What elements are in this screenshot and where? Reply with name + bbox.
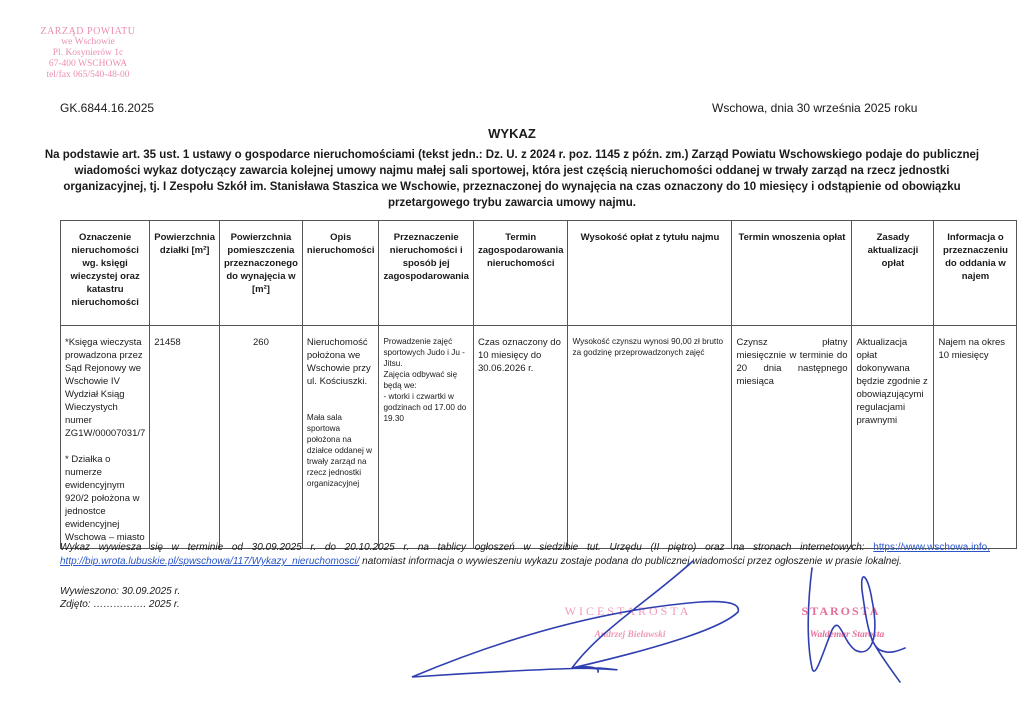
cell-plot-area: 21458 [150, 326, 220, 549]
wschowa-link[interactable]: https://www.wschowa.info, [873, 542, 990, 553]
column-header: Oznaczenie nieruchomości wg. księgi wiec… [61, 221, 150, 326]
document-title: WYKAZ [0, 126, 1024, 141]
property-table: Oznaczenie nieruchomości wg. księgi wiec… [60, 220, 1017, 549]
stamp-line: tel/fax 065/540-48-00 [28, 70, 148, 81]
purpose-schedule-intro: Zajęcia odbywać się będą we: [383, 369, 469, 391]
cell-payment-term: Czynsz płatny miesięcznie w terminie do … [732, 326, 852, 549]
stamp-line: ZARZĄD POWIATU [28, 26, 148, 37]
starosta-stamp-title: STAROSTA [786, 604, 896, 619]
cell-designation: *Księga wieczysta prowadzona przez Sąd R… [61, 326, 150, 549]
plot-text: * Działka o numerze ewidencyjnym 920/2 p… [65, 453, 145, 544]
starosta-signature [808, 568, 905, 682]
cell-lease-info: Najem na okres 10 miesięcy [934, 326, 1017, 549]
office-stamp: ZARZĄD POWIATU we Wschowie Pl. Kosynieró… [28, 26, 148, 81]
posted-date: Wywieszono: 30.09.2025 r. [60, 585, 180, 598]
cell-purpose: Prowadzenie zajęć sportowych Judo i Ju -… [379, 326, 474, 549]
cell-description: Nieruchomość położona we Wschowie przy u… [302, 326, 379, 549]
column-header: Termin wnoszenia opłat [732, 221, 852, 326]
fee-text: Wysokość czynszu wynosi 90,00 zł brutto … [572, 336, 727, 358]
description-room: Mała sala sportowa położona na działce o… [307, 412, 375, 489]
column-header: Zasady aktualizacji opłat [852, 221, 934, 326]
land-register-text: *Księga wieczysta prowadzona przez Sąd R… [65, 336, 145, 440]
column-header: Informacja o przeznaczeniu do oddania w … [934, 221, 1017, 326]
vice-starosta-stamp-title: WICESTAROSTA [538, 604, 718, 619]
stamp-line: 67-400 WSCHOWA [28, 59, 148, 70]
intro-paragraph: Na podstawie art. 35 ust. 1 ustawy o gos… [40, 147, 984, 211]
notice-text: Wykaz wywiesza się w terminie od 30.09.2… [60, 542, 873, 553]
cell-term: Czas oznaczony do 10 miesięcy do 30.06.2… [473, 326, 568, 549]
column-header: Opis nieruchomości [302, 221, 379, 326]
stamp-line: we Wschowie [28, 37, 148, 48]
posting-dates: Wywieszono: 30.09.2025 r. Zdjęto: …………….… [60, 585, 180, 611]
posting-notice: Wykaz wywiesza się w terminie od 30.09.2… [60, 541, 990, 569]
description-location: Nieruchomość położona we Wschowie przy u… [307, 336, 375, 388]
column-header: Powierzchnia pomieszczenia przeznaczoneg… [219, 221, 302, 326]
column-header: Przeznaczenie nieruchomości i sposób jej… [379, 221, 474, 326]
removed-date: Zdjęto: ……………. 2025 r. [60, 598, 180, 611]
column-header: Powierzchnia działki [m²] [150, 221, 220, 326]
place-date: Wschowa, dnia 30 września 2025 roku [712, 101, 917, 115]
cell-update-rules: Aktualizacja opłat dokonywana będzie zgo… [852, 326, 934, 549]
vice-starosta-stamp-name: Andrzej Bielawski [550, 630, 710, 640]
starosta-stamp-name: Waldemar Starosta [782, 630, 912, 640]
cell-fee: Wysokość czynszu wynosi 90,00 zł brutto … [568, 326, 732, 549]
cell-room-area: 260 [219, 326, 302, 549]
vice-starosta-signature [412, 561, 738, 677]
purpose-activity: Prowadzenie zajęć sportowych Judo i Ju -… [383, 336, 469, 369]
table-header-row: Oznaczenie nieruchomości wg. księgi wiec… [61, 221, 1017, 326]
notice-text-cont: natomiast informacja o wywieszeniu wykaz… [359, 556, 902, 567]
column-header: Wysokość opłat z tytułu najmu [568, 221, 732, 326]
column-header: Termin zagospodarowania nieruchomości [473, 221, 568, 326]
table-row: *Księga wieczysta prowadzona przez Sąd R… [61, 326, 1017, 549]
reference-number: GK.6844.16.2025 [60, 101, 154, 115]
stamp-line: Pl. Kosynierów 1c [28, 48, 148, 59]
purpose-schedule: - wtorki i czwartki w godzinach od 17.00… [383, 391, 469, 424]
bip-link[interactable]: http://bip.wrota.lubuskie.pl/spwschowa/1… [60, 556, 359, 567]
